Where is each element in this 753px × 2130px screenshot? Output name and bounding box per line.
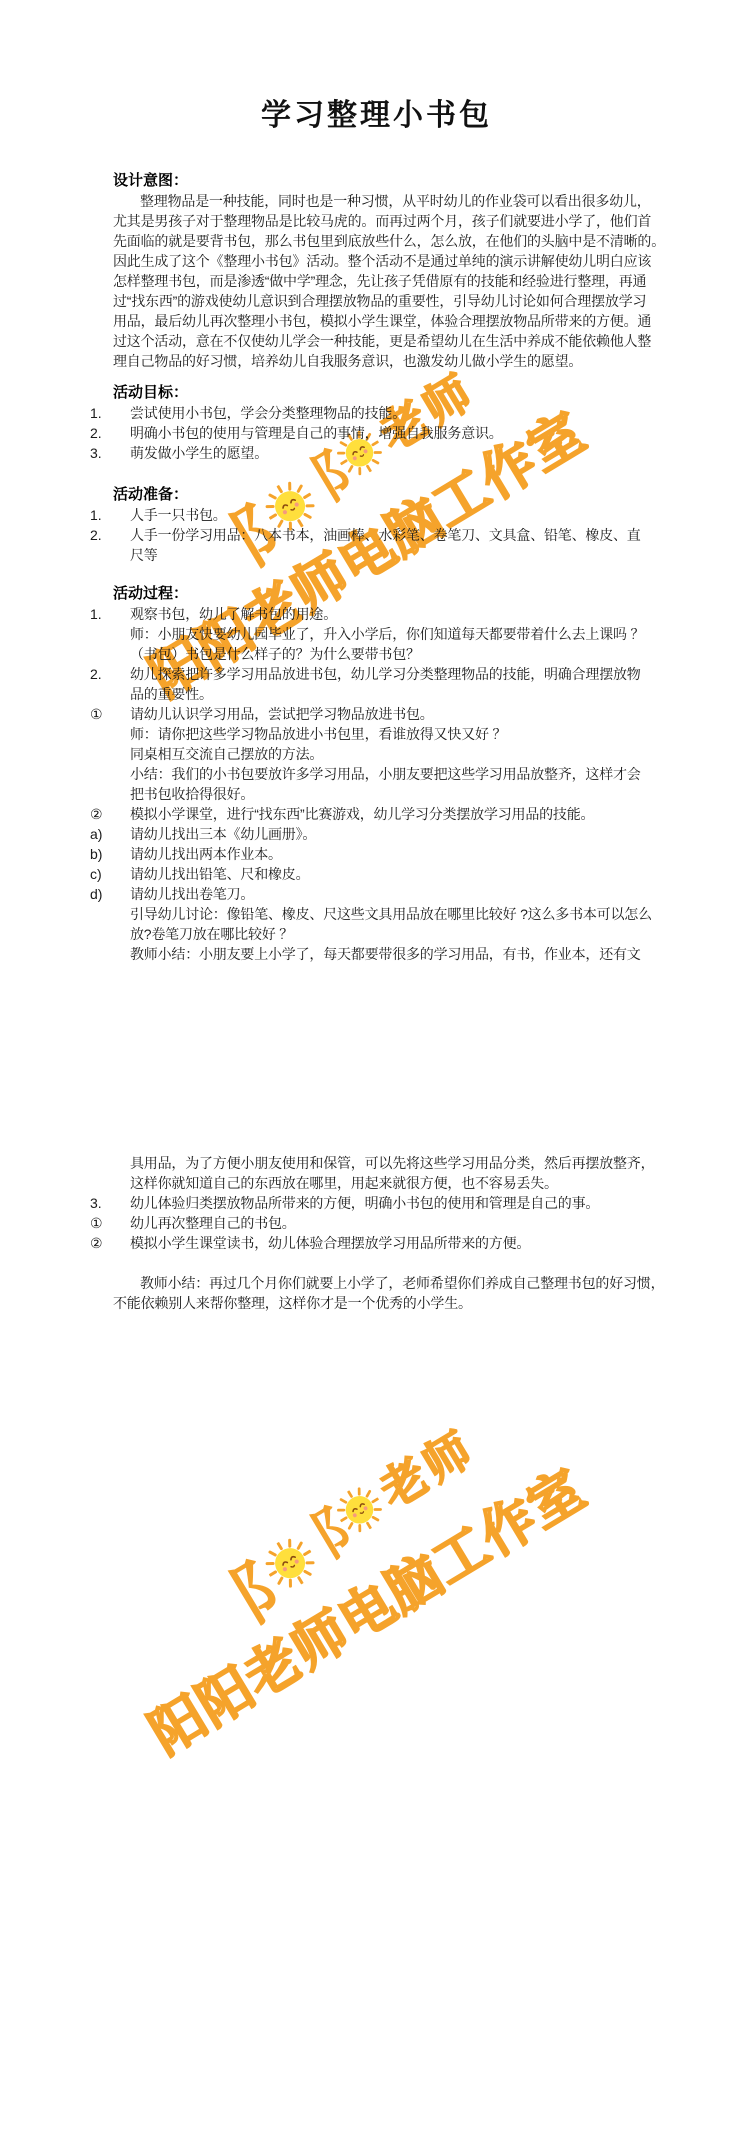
list-item: ① 幼儿再次整理自己的书包。 [90,1213,675,1233]
list-line: 模拟小学生课堂读书，幼儿体验合理摆放学习用品所带来的方便。 [130,1233,675,1253]
list-marker: b) [90,844,102,864]
list-line: 观察书包，幼儿了解书包的用途。 [130,604,675,624]
list-marker: 2. [90,664,102,684]
section-goals: 活动目标： 1. 尝试使用小书包，学会分类整理物品的技能。 2. 明确小书包的使… [90,383,675,463]
list-line: 幼儿再次整理自己的书包。 [130,1213,675,1233]
list-line: 教师小结：小朋友要上小学了，每天都要带很多的学习用品，有书，作业本，还有文 [130,944,675,964]
document-page: 阝 阝 老师 阳阳老师电脑工作室 阝 阝 老师 阳阳老师电脑工作室 学习整理小书… [0,0,753,2130]
watermark-yang-radical: 阝 [301,1485,384,1571]
list-line: 引导幼儿讨论：像铅笔、橡皮、尺这些文具用品放在哪里比较好 ?这么多书本可以怎么 [130,904,675,924]
closing-summary: 教师小结：再过几个月你们就要上小学了，老师希望你们养成自己整理书包的好习惯， 不… [113,1273,675,1313]
list-line: 尺等 [130,545,675,565]
list-marker: 3. [90,443,102,463]
list-item: a) 请幼儿找出三本《幼儿画册》。 [90,824,675,844]
list-item: d) 请幼儿找出卷笔刀。 引导幼儿讨论：像铅笔、橡皮、尺这些文具用品放在哪里比较… [90,884,675,964]
list-line: 尝试使用小书包，学会分类整理物品的技能。 [130,403,675,423]
list-line: 师：小朋友快要幼儿园毕业了，升入小学后，你们知道每天都要带着什么去上课吗 ？ [130,624,675,644]
list-item: 2. 明确小书包的使用与管理是自己的事情，增强自我服务意识。 [90,423,675,443]
list-item: 3. 幼儿体验归类摆放物品所带来的方便，明确小书包的使用和管理是自己的事。 [90,1193,675,1213]
paragraph-line: 用品，最后幼儿再次整理小书包，模拟小学生课堂，体验合理摆放物品所带来的方便。通 [113,311,675,331]
list-marker: ① [90,704,103,724]
list-line: 师：请你把这些学习物品放进小书包里，看谁放得又快又好 ？ [130,724,675,744]
list-line: （书包）书包是什么样子的？为什么要带书包？ [130,644,675,664]
section-process-continued: 具用品，为了方便小朋友使用和保管，可以先将这些学习用品分类，然后再摆放整齐， 这… [90,1153,675,1253]
list-line: 这样你就知道自己的东西放在哪里，用起来就很方便，也不容易丢失。 [130,1173,675,1193]
sun-icon [331,1481,389,1539]
section-process: 活动过程： 1. 观察书包，幼儿了解书包的用途。 师：小朋友快要幼儿园毕业了，升… [90,584,675,964]
paragraph-line: 不能依赖别人来帮你整理，这样你才是一个优秀的小学生。 [113,1293,675,1313]
list-marker: ① [90,1213,103,1233]
list-line: 模拟小学课堂，进行“找东西”比赛游戏，幼儿学习分类摆放学习用品的技能。 [130,804,675,824]
paragraph-line: 过这个活动，意在不仅使幼儿学会一种技能，更是希望幼儿在生活中养成不能依赖他人整 [113,331,675,351]
watermark-yang-radical: 阝 [218,1535,318,1638]
watermark-text: 阳阳老师电脑工作室 [140,1459,595,1765]
list-marker: c) [90,864,102,884]
list-line: 同桌相互交流自己摆放的方法。 [130,744,675,764]
list-item: 1. 人手一只书包。 [90,505,675,525]
list-line: 明确小书包的使用与管理是自己的事情，增强自我服务意识。 [130,423,675,443]
section-heading-preparation: 活动准备： [113,485,675,505]
list-line: 品的重要性。 [130,684,675,704]
section-preparation: 活动准备： 1. 人手一只书包。 2. 人手一份学习用品：八本书本，油画棒、水彩… [90,485,675,565]
section-heading-process: 活动过程： [113,584,675,604]
list-line: 幼儿体验归类摆放物品所带来的方便，明确小书包的使用和管理是自己的事。 [130,1193,675,1213]
paragraph-line: 因此生成了这个《整理小书包》活动。整个活动不是通过单纯的演示讲解使幼儿明白应该 [113,251,675,271]
list-line: 小结：我们的小书包要放许多学习用品，小朋友要把这些学习用品放整齐，这样才会 [130,764,675,784]
list-item: 2. 幼儿探索把许多学习用品放进书包，幼儿学习分类整理物品的技能，明确合理摆放物… [90,664,675,704]
paragraph-line: 教师小结：再过几个月你们就要上小学了，老师希望你们养成自己整理书包的好习惯， [113,1273,675,1293]
list-line: 放?卷笔刀放在哪比较好 ？ [130,924,675,944]
section-heading-goals: 活动目标： [113,383,675,403]
list-line: 幼儿探索把许多学习用品放进书包，幼儿学习分类整理物品的技能，明确合理摆放物 [130,664,675,684]
list-item: ② 模拟小学课堂，进行“找东西”比赛游戏，幼儿学习分类摆放学习用品的技能。 [90,804,675,824]
list-marker: 3. [90,1193,102,1213]
list-item: 1. 尝试使用小书包，学会分类整理物品的技能。 [90,403,675,423]
list-line: 人手一份学习用品：八本书本，油画棒、水彩笔、卷笔刀、文具盒、铅笔、橡皮、直 [130,525,675,545]
list-line: 把书包收拾得很好。 [130,784,675,804]
list-marker: 2. [90,423,102,443]
list-marker: 2. [90,525,102,545]
list-marker: a) [90,824,102,844]
list-item: 1. 观察书包，幼儿了解书包的用途。 师：小朋友快要幼儿园毕业了，升入小学后，你… [90,604,675,664]
paragraph-line: 尤其是男孩子对于整理物品是比较马虎的。而再过两个月，孩子们就要进小学了，他们首 [113,211,675,231]
list-line: 请幼儿找出铅笔、尺和橡皮。 [130,864,675,884]
list-marker: ② [90,804,103,824]
list-marker: 1. [90,403,102,423]
list-marker: ② [90,1233,103,1253]
paragraph-line: 先面临的就是要背书包，那么书包里到底放些什么，怎么放，在他们的头脑中是不清晰的。 [113,231,675,251]
page-title: 学习整理小书包 [0,90,753,134]
list-marker: 1. [90,505,102,525]
paragraph-line: 理自己物品的好习惯，培养幼儿自我服务意识，也激发幼儿做小学生的愿望。 [113,351,675,371]
list-item: ① 请幼儿认识学习用品，尝试把学习物品放进书包。 师：请你把这些学习物品放进小书… [90,704,675,804]
list-marker: 1. [90,604,102,624]
list-line: 萌发做小学生的愿望。 [130,443,675,463]
list-line: 请幼儿找出卷笔刀。 [130,884,675,904]
section-heading-design-intent: 设计意图： [113,171,675,191]
sun-icon [259,1532,322,1595]
list-line: 人手一只书包。 [130,505,675,525]
list-marker: d) [90,884,102,904]
list-line: 具用品，为了方便小朋友使用和保管，可以先将这些学习用品分类，然后再摆放整齐， [130,1153,675,1173]
list-item: ② 模拟小学生课堂读书，幼儿体验合理摆放学习用品所带来的方便。 [90,1233,675,1253]
paragraph-line: 怎样整理书包，而是渗透“做中学”理念，先让孩子凭借原有的技能和经验进行整理，再通 [113,271,675,291]
paragraph-continuation: 具用品，为了方便小朋友使用和保管，可以先将这些学习用品分类，然后再摆放整齐， 这… [90,1153,675,1193]
watermark-logo: 阝 阝 老师 阳阳老师电脑工作室 [125,1425,645,1855]
watermark-logo-suffix: 老师 [371,1425,483,1517]
paragraph-line: 整理物品是一种技能，同时也是一种习惯，从平时幼儿的作业袋可以看出很多幼儿， [113,191,675,211]
list-item: c) 请幼儿找出铅笔、尺和橡皮。 [90,864,675,884]
list-item: 3. 萌发做小学生的愿望。 [90,443,675,463]
list-item: b) 请幼儿找出两本作业本。 [90,844,675,864]
list-line: 请幼儿找出三本《幼儿画册》。 [130,824,675,844]
list-item: 2. 人手一份学习用品：八本书本，油画棒、水彩笔、卷笔刀、文具盒、铅笔、橡皮、直… [90,525,675,565]
list-line: 请幼儿认识学习用品，尝试把学习物品放进书包。 [130,704,675,724]
list-line: 请幼儿找出两本作业本。 [130,844,675,864]
section-design-intent: 设计意图： 整理物品是一种技能，同时也是一种习惯，从平时幼儿的作业袋可以看出很多… [113,171,675,371]
paragraph-line: 过“找东西”的游戏使幼儿意识到合理摆放物品的重要性，引导幼儿讨论如何合理摆放学习 [113,291,675,311]
